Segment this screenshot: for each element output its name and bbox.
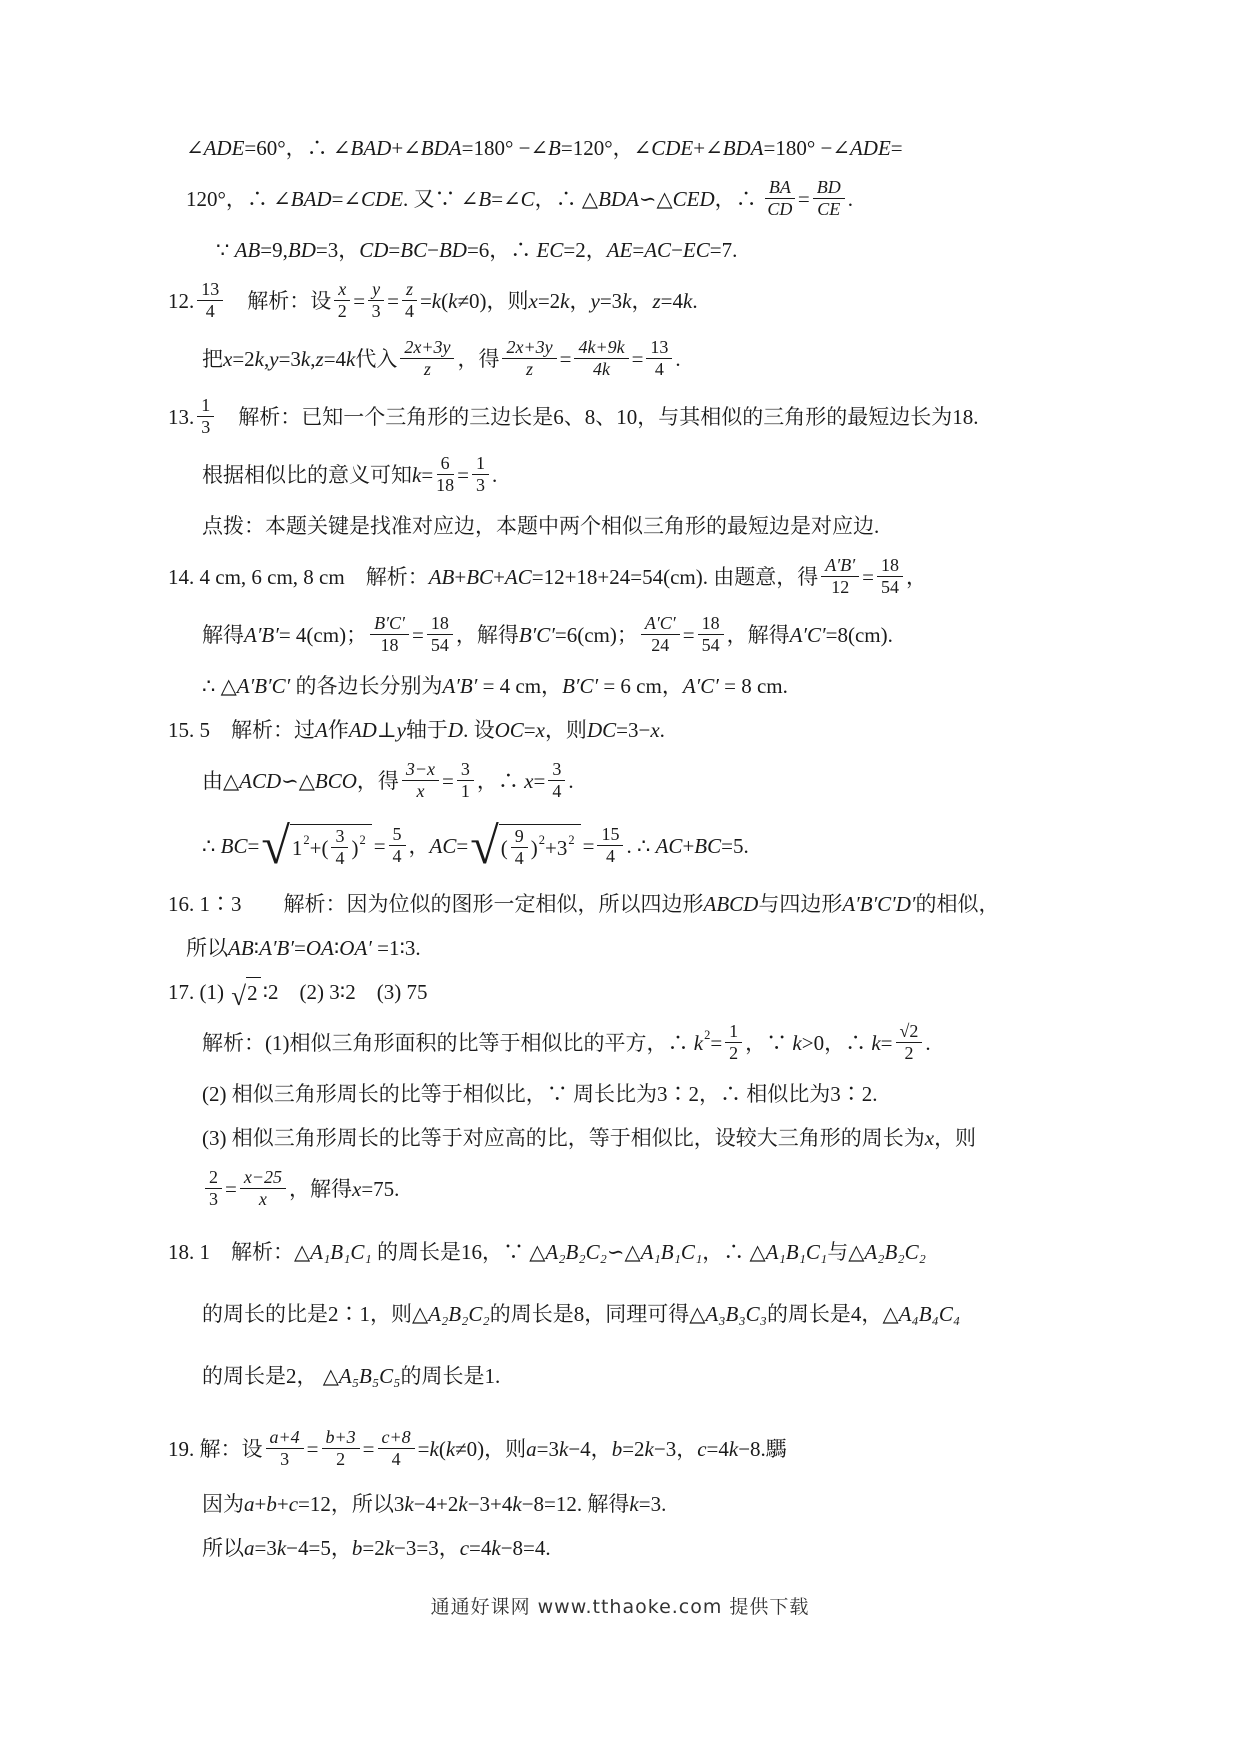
text-run: −: [427, 236, 439, 264]
fraction-numerator: b+3: [322, 1428, 360, 1449]
math-run: △BDA∽△CED: [582, 185, 715, 213]
text-run: =6，∴: [467, 236, 537, 264]
text-run: 的周长的比是2∶1，则: [202, 1300, 412, 1328]
text-run: 的周长是16，∵: [372, 1238, 530, 1266]
text-run: =180° −: [462, 134, 531, 162]
fraction-numerator: 18: [877, 556, 903, 577]
fraction-numerator: 3: [331, 827, 348, 848]
text-run: = 8 cm.: [719, 672, 788, 700]
text-run: =3: [279, 345, 301, 373]
text-run: =: [374, 832, 386, 860]
fraction-numerator: A′B′: [821, 556, 859, 577]
text-run: −: [671, 236, 683, 264]
math-run: AB: [228, 934, 254, 962]
fraction-denominator: 54: [702, 635, 720, 655]
text-run: =: [363, 1435, 375, 1463]
fraction-numerator: A′C′: [641, 614, 680, 635]
radical-icon: √: [261, 826, 290, 869]
fraction-denominator: 2: [338, 301, 347, 321]
fraction: 12: [725, 1022, 742, 1063]
text-run: . 设: [463, 716, 495, 744]
line-l1: ∠ADE=60°，∴ ∠BAD+∠BDA=180° −∠B=120°，∠CDE+…: [168, 126, 1122, 170]
text-run: ≠0)，则: [455, 1435, 526, 1463]
fraction-denominator: 3: [209, 1189, 218, 1209]
radical-icon: √: [470, 826, 499, 869]
text-run: 17. (1): [168, 978, 229, 1006]
math-run: k: [346, 345, 355, 373]
fraction: 23: [205, 1168, 222, 1209]
math-run: A′C′: [683, 672, 719, 700]
fraction-denominator: 3: [280, 1449, 289, 1469]
fraction-numerator: 18: [427, 614, 453, 635]
fraction: 1854: [427, 614, 453, 655]
text-run: ，则: [545, 716, 587, 744]
fraction-numerator: 2x+3y: [502, 338, 556, 359]
math-run: AE: [607, 236, 633, 264]
text-run: =2: [538, 287, 560, 315]
text-run: ∵: [216, 236, 235, 264]
line-l20: (3) 相似三角形周长的比等于对应高的比，等于相似比，设较大三角形的周长为x，则: [168, 1116, 1122, 1160]
fraction: 4k+9k4k: [574, 338, 628, 379]
text-run: ，∴: [477, 767, 524, 795]
math-run: x: [223, 345, 232, 373]
text-run: +: [454, 563, 466, 591]
math-run: x: [925, 1124, 934, 1152]
fraction-numerator: a+4: [266, 1428, 304, 1449]
math-run: BC: [400, 236, 427, 264]
fraction-numerator: 13: [197, 280, 223, 301]
text-run: =: [457, 461, 469, 489]
text-run: (: [439, 1435, 446, 1463]
text-run: ，解得: [456, 621, 519, 649]
sqrt-content: (94)2+32: [499, 824, 581, 869]
fraction: x−25x: [240, 1168, 286, 1209]
math-run: △ACD∽△BCO: [223, 767, 357, 795]
text-run: =75.: [361, 1175, 399, 1203]
fraction-numerator: BD: [813, 178, 845, 199]
fraction: 618: [436, 454, 454, 495]
text-run: =2: [362, 1534, 384, 1562]
superscript: 2: [303, 832, 309, 849]
text-run: =3: [600, 287, 622, 315]
fraction-denominator: z: [424, 359, 431, 379]
line-l8: 点拨：本题关键是找准对应边，本题中两个相似三角形的最短边是对应边.: [168, 504, 1122, 548]
fraction-denominator: 12: [831, 577, 849, 597]
math-run: AD: [349, 716, 377, 744]
text-run: .: [675, 345, 680, 373]
text-run: =: [412, 621, 424, 649]
text-run: ，: [569, 287, 590, 315]
text-run: =: [388, 236, 400, 264]
math-run: EC: [537, 236, 564, 264]
math-run: k: [871, 1029, 880, 1057]
fraction-denominator: CE: [817, 199, 840, 219]
math-run: k: [729, 1435, 738, 1463]
fraction-numerator: 1: [725, 1022, 742, 1043]
text-run: = 4 cm，: [477, 672, 562, 700]
text-run: =: [891, 134, 903, 162]
superscript: 2: [539, 832, 545, 849]
text-run: +: [693, 134, 705, 162]
line-l19: (2) 相似三角形周长的比等于相似比，∵ 周长比为3∶2，∴ 相似比为3∶2.: [168, 1072, 1122, 1116]
text-run: −3=3，: [394, 1534, 460, 1562]
line-l26: 因为a+b+c=12，所以3k−4+2k−3+4k−8=12. 解得k=3.: [168, 1482, 1122, 1526]
math-run: AB: [429, 563, 455, 591]
line-l17: 17. (1) √2∶2 (2) 3∶2 (3) 75: [168, 970, 1122, 1014]
math-run: OC: [495, 716, 524, 744]
text-run: =: [332, 185, 344, 213]
line-l21: 23=x−25x，解得x=75.: [168, 1160, 1122, 1218]
fraction-denominator: 4k: [593, 359, 610, 379]
line-l10: 解得A′B′= 4(cm)；B′C′18=1854，解得B′C′=6(cm)；A…: [168, 606, 1122, 664]
fraction-numerator: x: [334, 280, 350, 301]
text-run: = 4(cm)；: [279, 621, 367, 649]
text-run: 代入: [355, 345, 397, 373]
math-run: k: [629, 1490, 638, 1518]
math-run: AC: [644, 236, 671, 264]
math-run: CD: [359, 236, 388, 264]
text-run: ，解得: [289, 1175, 352, 1203]
text-run: =: [420, 287, 432, 315]
math-run: ∠BDA: [705, 134, 763, 162]
math-run: △A₄B₄C₄: [882, 1300, 960, 1328]
text-run: . 又∵: [403, 185, 461, 213]
fraction: 3−xx: [402, 760, 439, 801]
fraction-denominator: 4: [393, 846, 402, 866]
text-run: .: [492, 461, 497, 489]
fraction-numerator: 2x+3y: [400, 338, 454, 359]
text-run: =: [421, 461, 433, 489]
text-run: .: [925, 1029, 930, 1057]
math-run: k: [277, 1534, 286, 1562]
text-run: +: [682, 832, 694, 860]
text-run: ，: [409, 832, 430, 860]
fraction-denominator: 2: [729, 1043, 738, 1063]
text-run: =: [442, 767, 454, 795]
fraction: 31: [457, 760, 474, 801]
line-l14: ∴ BC=√12+(34)2=54，AC=√(94)2+32=154. ∴ AC…: [168, 810, 1122, 882]
math-run: BC: [466, 563, 493, 591]
text-run: 解析：(1)相似三角形面积的比等于相似比的平方，∴: [202, 1029, 694, 1057]
math-run: z: [652, 287, 660, 315]
math-run: k: [446, 1435, 455, 1463]
fraction: 34: [548, 760, 565, 801]
fraction-denominator: 54: [881, 577, 899, 597]
fraction: 13: [472, 454, 489, 495]
math-run: k: [683, 287, 692, 315]
text-run: ，∵: [745, 1029, 792, 1057]
math-run: k: [559, 1435, 568, 1463]
text-run: 所以: [202, 1534, 244, 1562]
line-l9: 14. 4 cm, 6 cm, 8 cm 解析：AB+BC+AC=12+18+2…: [168, 548, 1122, 606]
math-run: k: [694, 1029, 703, 1057]
text-run: 把: [202, 345, 223, 373]
sqrt-expression: √(94)2+32: [470, 824, 580, 869]
line-l23: 的周长的比是2∶1，则△A₂B₂C₂的周长是8，同理可得△A₃B₃C₃的周长是4…: [168, 1292, 1122, 1336]
math-run: BC: [694, 832, 721, 860]
text-run: . ∴: [626, 832, 655, 860]
text-run: −3+4: [468, 1490, 513, 1518]
math-run: c: [460, 1534, 469, 1562]
text-run: =180° −: [764, 134, 833, 162]
fraction-denominator: 3: [476, 475, 485, 495]
text-run: =3，: [316, 236, 359, 264]
text-run: −8=12. 解得: [522, 1490, 630, 1518]
text-run: 由: [202, 767, 223, 795]
line-l6: 13.13 解析：已知一个三角形的三边长是6、8、10，与其相似的三角形的最短边…: [168, 388, 1122, 446]
math-run: ABCD: [704, 890, 759, 918]
fraction-numerator: 2: [205, 1168, 222, 1189]
fraction-denominator: 4: [405, 301, 414, 321]
superscript: 2: [359, 832, 365, 849]
text-run: ∶2 (2) 3∶2 (3) 75: [263, 978, 428, 1006]
math-run: ∠BAD: [333, 134, 391, 162]
fraction: 1854: [698, 614, 724, 655]
fraction: 154: [597, 825, 623, 866]
text-run: +(: [310, 834, 329, 862]
text-run: 作: [328, 716, 349, 744]
text-run: = 6 cm，: [598, 672, 683, 700]
math-run: ∠C: [503, 185, 535, 213]
fraction-denominator: 4: [552, 781, 561, 801]
fraction-numerator: x−25: [240, 1168, 286, 1189]
text-run: =7.: [710, 236, 738, 264]
line-l15: 16. 1∶3 解析：因为位似的图形一定相似，所以四边形ABCD与四边形A′B′…: [168, 882, 1122, 926]
text-run: =4: [324, 345, 346, 373]
math-run: B′C′: [519, 621, 555, 649]
fraction: 1854: [877, 556, 903, 597]
math-run: k: [432, 287, 441, 315]
text-run: =9,: [260, 236, 288, 264]
fraction: 2x+3yz: [400, 338, 454, 379]
line-l24: 的周长是2， △A₅B₅C₅的周长是1.: [168, 1354, 1122, 1398]
text-run: =: [524, 716, 536, 744]
math-run: a: [244, 1534, 255, 1562]
fraction: B′C′18: [370, 614, 409, 655]
text-run: =3: [537, 1435, 559, 1463]
text-run: +3: [545, 834, 567, 862]
fraction-numerator: 13: [646, 338, 672, 359]
text-run: 的周长是4，: [767, 1300, 883, 1328]
line-l4: 12.134 解析：设x2=y3=z4=k(k≠0)，则x=2k，y=3k，z=…: [168, 272, 1122, 330]
text-run: .: [848, 185, 853, 213]
fraction-denominator: 4: [606, 846, 615, 866]
math-run: △A′B′C′: [221, 672, 291, 700]
math-run: x: [352, 1175, 361, 1203]
text-run: (2) 相似三角形周长的比等于相似比，∵ 周长比为3∶2，∴ 相似比为3∶2.: [202, 1080, 877, 1108]
fraction-denominator: CD: [767, 199, 792, 219]
text-run: 的相似，: [916, 890, 1000, 918]
line-l16: 所以AB∶A′B′=OA∶OA′ =1∶3.: [168, 926, 1122, 970]
text-run: =12，所以3: [298, 1490, 404, 1518]
fraction-numerator: 18: [698, 614, 724, 635]
math-run: b: [612, 1435, 623, 1463]
math-run: x: [650, 716, 659, 744]
math-run: ∠B: [530, 134, 560, 162]
fraction-numerator: c+8: [378, 1428, 415, 1449]
fraction: 34: [331, 827, 348, 868]
fraction-denominator: z: [526, 359, 533, 379]
text-run: .: [568, 767, 573, 795]
math-run: BD: [288, 236, 316, 264]
line-l13: 由△ACD∽△BCO，得3−xx=31，∴ x=34.: [168, 752, 1122, 810]
text-run: (: [501, 834, 508, 862]
superscript: 2: [568, 832, 574, 849]
text-run: =4: [707, 1435, 729, 1463]
fraction: b+32: [322, 1428, 360, 1469]
text-run: =: [533, 767, 545, 795]
text-run: =: [798, 185, 810, 213]
text-run: 根据相似比的意义可知: [202, 461, 412, 489]
text-run: ⊥: [377, 716, 397, 744]
text-run: =: [862, 563, 874, 591]
text-run: −4=5，: [286, 1534, 352, 1562]
math-run: k: [792, 1029, 801, 1057]
math-run: c: [289, 1490, 298, 1518]
text-run: =5.: [721, 832, 749, 860]
fraction-denominator: 24: [651, 635, 669, 655]
text-run: 与: [827, 1238, 848, 1266]
text-run: ∴: [202, 832, 221, 860]
text-run: =120°，: [561, 134, 634, 162]
text-run: =: [307, 1435, 319, 1463]
math-run: k: [512, 1490, 521, 1518]
math-run: △A₁B₁C₁: [294, 1238, 372, 1266]
text-run: ，∴: [535, 185, 582, 213]
fraction-numerator: 3: [457, 760, 474, 781]
sqrt-expression: √2: [231, 977, 260, 1007]
text-run: ∴: [202, 672, 221, 700]
text-run: −3，: [654, 1435, 697, 1463]
text-run: −8.騳: [738, 1435, 787, 1463]
text-run: 解得: [202, 621, 244, 649]
text-run: 解析：已知一个三角形的三边长是6、8、10，与其相似的三角形的最短边长为18.: [217, 403, 978, 431]
math-run: A: [315, 716, 328, 744]
text-run: =: [456, 832, 468, 860]
text-run: =: [387, 287, 399, 315]
math-run: x: [528, 287, 537, 315]
text-run: 解析：设: [226, 287, 331, 315]
math-run: y: [590, 287, 599, 315]
math-run: △A₅B₅C₅: [323, 1362, 401, 1390]
math-run: k: [429, 1435, 438, 1463]
math-run: DC: [587, 716, 616, 744]
fraction: 134: [197, 280, 223, 321]
line-l12: 15. 5 解析：过A作AD⊥y轴于D. 设OC=x，则DC=3−x.: [168, 708, 1122, 752]
math-run: AB: [235, 236, 261, 264]
text-run: =: [353, 287, 365, 315]
text-run: =: [225, 1175, 237, 1203]
text-run: +: [277, 1490, 289, 1518]
fraction: 13: [197, 396, 214, 437]
fraction-numerator: √2: [896, 1022, 923, 1043]
fraction-numerator: B′C′: [370, 614, 409, 635]
line-l5: 把x=2k,y=3k,z=4k代入2x+3yz，得2x+3yz=4k+9k4k=…: [168, 330, 1122, 388]
fraction: A′C′24: [641, 614, 680, 655]
math-run: y: [269, 345, 278, 373]
text-run: .: [660, 716, 665, 744]
text-run: =3−: [616, 716, 650, 744]
site-footer: 通通好课网 www.tthaoke.com 提供下载: [0, 1592, 1240, 1619]
text-run: +: [255, 1490, 267, 1518]
text-run: =2，: [563, 236, 606, 264]
line-l7: 根据相似比的意义可知k=618=13.: [168, 446, 1122, 504]
math-run: AC: [430, 832, 457, 860]
math-run: z: [316, 345, 324, 373]
text-run: 的周长是8，同理可得: [490, 1300, 690, 1328]
math-run: c: [697, 1435, 706, 1463]
math-run: k: [645, 1435, 654, 1463]
fraction-denominator: 54: [431, 635, 449, 655]
line-l25: 19. 解：设a+43=b+32=c+84=k(k≠0)，则a=3k−4，b=2…: [168, 1420, 1122, 1478]
fraction-denominator: x: [259, 1189, 267, 1209]
text-run: 1: [292, 834, 303, 862]
text-run: ): [531, 834, 538, 862]
text-run: 的周长是1.: [400, 1362, 500, 1390]
math-run: △A₂B₂C₂: [412, 1300, 490, 1328]
radical-icon: √: [231, 985, 246, 1007]
line-l22: 18. 1 解析：△A₁B₁C₁ 的周长是16，∵ △A₂B₂C₂∽△A₁B₁C…: [168, 1230, 1122, 1274]
sqrt-content: 2: [246, 977, 261, 1007]
text-run: =: [583, 832, 595, 860]
math-run: AC: [656, 832, 683, 860]
fraction: x2: [334, 280, 350, 321]
math-run: x: [524, 767, 533, 795]
math-run: k: [458, 1490, 467, 1518]
fraction-numerator: 1: [472, 454, 489, 475]
math-run: k: [385, 1534, 394, 1562]
fraction-numerator: 15: [597, 825, 623, 846]
math-run: AC: [505, 563, 532, 591]
math-run: x: [536, 716, 545, 744]
text-run: −8=4.: [501, 1534, 551, 1562]
fraction-numerator: 1: [197, 396, 214, 417]
math-run: k: [255, 345, 264, 373]
line-l2: 120°，∴ ∠BAD=∠CDE. 又∵ ∠B=∠C，∴ △BDA∽△CED，∴…: [168, 170, 1122, 228]
text-run: 轴于: [406, 716, 448, 744]
text-run: =: [632, 345, 644, 373]
fraction: 54: [389, 825, 406, 866]
math-run: b: [352, 1534, 363, 1562]
text-run: +: [391, 134, 403, 162]
fraction-numerator: z: [402, 280, 417, 301]
fraction-numerator: 9: [511, 827, 528, 848]
math-run: △A₃B₃C₃: [689, 1300, 767, 1328]
text-run: 13.: [168, 403, 194, 431]
math-run: k: [491, 1534, 500, 1562]
text-run: ，得: [357, 767, 399, 795]
fraction-numerator: 4k+9k: [574, 338, 628, 359]
math-run: OA: [306, 934, 334, 962]
math-run: a: [526, 1435, 537, 1463]
math-run: y: [397, 716, 406, 744]
fraction-denominator: 3: [372, 301, 381, 321]
math-run: B′C′: [562, 672, 598, 700]
text-run: 点拨：本题关键是找准对应边，本题中两个相似三角形的最短边是对应边.: [202, 512, 879, 540]
math-run: ∠ADE: [186, 134, 244, 162]
math-run: k: [301, 345, 310, 373]
fraction-denominator: 4: [515, 848, 524, 868]
fraction-denominator: 2: [336, 1449, 345, 1469]
fraction-denominator: 18: [381, 635, 399, 655]
text-run: >0，∴: [802, 1029, 872, 1057]
scanned-answer-page: ∠ADE=60°，∴ ∠BAD+∠BDA=180° −∠B=120°，∠CDE+…: [0, 0, 1240, 1754]
fraction-numerator: 3−x: [402, 760, 439, 781]
fraction: 2x+3yz: [502, 338, 556, 379]
line-l27: 所以a=3k−4=5，b=2k−3=3，c=4k−8=4.: [168, 1526, 1122, 1570]
text-run: 19. 解：设: [168, 1435, 263, 1463]
fraction-denominator: 1: [461, 781, 470, 801]
